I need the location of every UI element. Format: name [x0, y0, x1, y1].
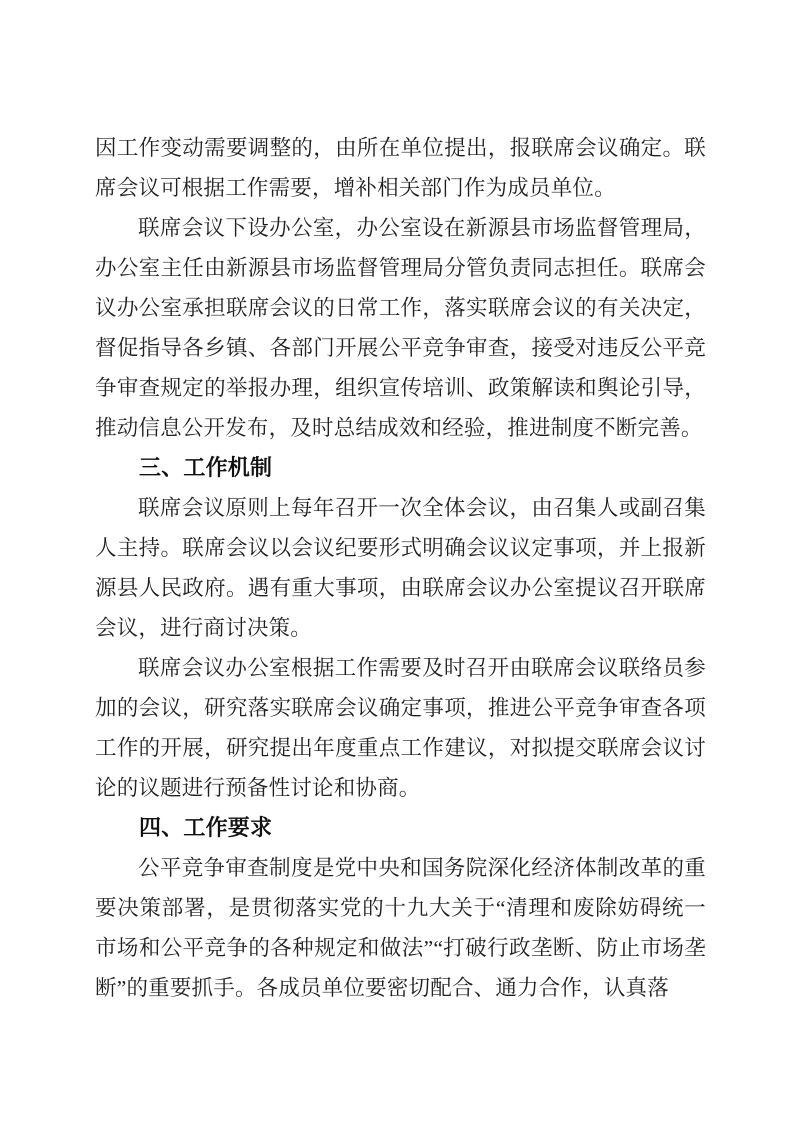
document-body: 因工作变动需要调整的，由所在单位提出，报联席会议确定。联席会议可根据工作需要，增… [95, 128, 706, 1008]
section-heading-work-requirements: 四、工作要求 [95, 808, 706, 848]
body-paragraph: 联席会议办公室根据工作需要及时召开由联席会议联络员参加的会议，研究落实联席会议确… [95, 648, 706, 808]
body-paragraph: 因工作变动需要调整的，由所在单位提出，报联席会议确定。联席会议可根据工作需要，增… [95, 128, 706, 208]
body-paragraph: 联席会议下设办公室，办公室设在新源县市场监督管理局，办公室主任由新源县市场监督管… [95, 208, 706, 448]
body-paragraph: 公平竞争审查制度是党中央和国务院深化经济体制改革的重要决策部署，是贯彻落实党的十… [95, 848, 706, 1008]
section-heading-work-mechanism: 三、工作机制 [95, 448, 706, 488]
document-page: 因工作变动需要调整的，由所在单位提出，报联席会议确定。联席会议可根据工作需要，增… [0, 0, 793, 1122]
body-paragraph: 联席会议原则上每年召开一次全体会议，由召集人或副召集人主持。联席会议以会议纪要形… [95, 488, 706, 648]
